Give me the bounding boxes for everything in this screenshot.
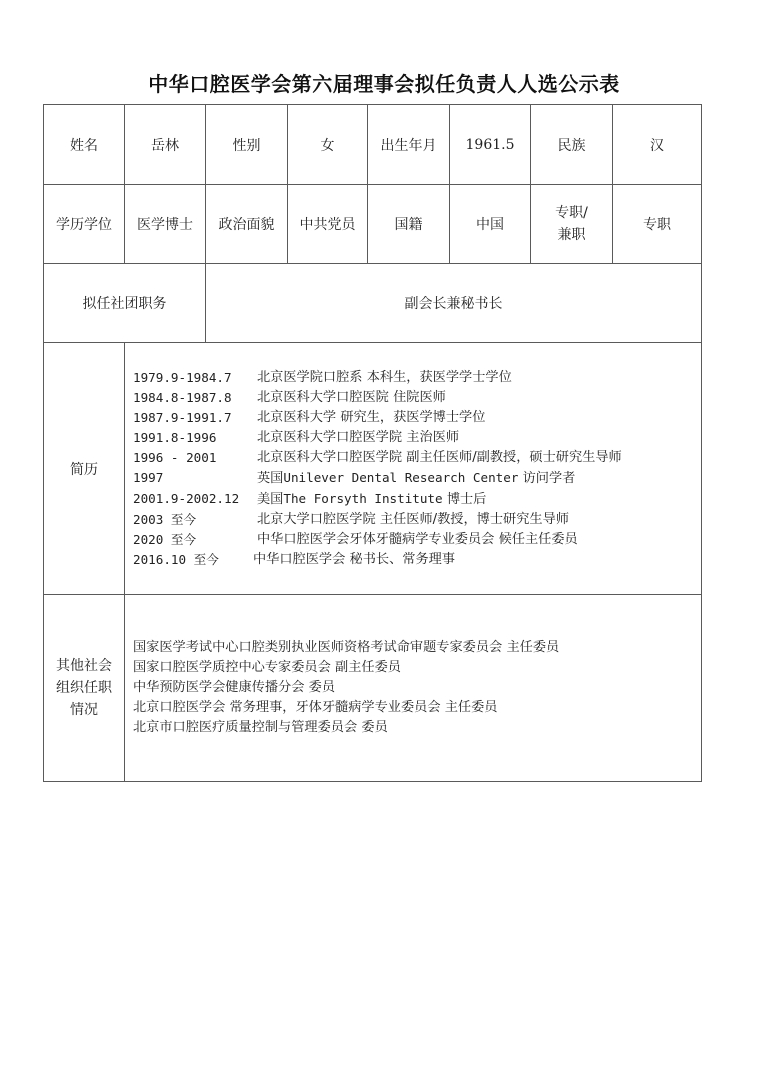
resume-period: 2016.10 至今 [133,550,253,570]
other-orgs-label-line2: 组织任职 [44,677,124,699]
resume-desc: 北京医科大学 研究生，获医学博士学位 [257,408,485,428]
resume-period: 1987.9-1991.7 [133,408,257,428]
table-row-position: 拟任社团职务 副会长兼秘书长 [44,264,702,343]
education-value: 医学博士 [125,185,206,264]
resume-desc-suffix: 访问学者 [523,471,576,486]
resume-desc: 中华口腔医学会 秘书长、常务理事 [253,550,455,570]
resume-cell: 1979.9-1984.7 北京医学院口腔系 本科生，获医学学士学位 1984.… [125,343,702,595]
resume-desc-prefix: 英国 [257,471,283,486]
resume-list: 1979.9-1984.7 北京医学院口腔系 本科生，获医学学士学位 1984.… [133,368,701,570]
resume-entry: 1987.9-1991.7 北京医科大学 研究生，获医学博士学位 [133,408,701,428]
org-entry: 国家医学考试中心口腔类别执业医师资格考试命审题专家委员会 主任委员 [133,638,701,658]
table-row-other-orgs: 其他社会 组织任职 情况 国家医学考试中心口腔类别执业医师资格考试命审题专家委员… [44,595,702,782]
resume-entry: 1984.8-1987.8 北京医科大学口腔医院 住院医师 [133,388,701,408]
position-value: 副会长兼秘书长 [206,264,702,343]
resume-entry: 1997 英国Unilever Dental Research Center 访… [133,468,701,489]
ethnicity-label: 民族 [531,105,613,185]
ethnicity-value: 汉 [613,105,702,185]
resume-entry: 2020 至今 中华口腔医学会牙体牙髓病学专业委员会 候任主任委员 [133,530,701,550]
resume-entry: 1979.9-1984.7 北京医学院口腔系 本科生，获医学学士学位 [133,368,701,388]
resume-period: 2003 至今 [133,510,257,530]
birth-label: 出生年月 [368,105,450,185]
gender-label: 性别 [206,105,288,185]
name-label: 姓名 [44,105,125,185]
table-row-basic-2: 学历学位 医学博士 政治面貌 中共党员 国籍 中国 专职/ 兼职 专职 [44,185,702,264]
employment-label-line2: 兼职 [531,224,612,246]
employment-label-line1: 专职/ [531,202,612,224]
resume-desc: 北京大学口腔医学院 主任医师/教授，博士研究生导师 [257,510,569,530]
resume-period: 1984.8-1987.8 [133,388,257,408]
position-label: 拟任社团职务 [44,264,206,343]
gender-value: 女 [288,105,368,185]
candidate-info-table: 姓名 岳林 性别 女 出生年月 1961.5 民族 汉 学历学位 医学博士 政治… [43,104,702,782]
resume-desc: 中华口腔医学会牙体牙髓病学专业委员会 候任主任委员 [257,530,578,550]
resume-period: 1997 [133,468,257,489]
resume-desc: 北京医科大学口腔医院 住院医师 [257,388,446,408]
org-entry: 中华预防医学会健康传播分会 委员 [133,678,701,698]
employment-value: 专职 [613,185,702,264]
birth-value: 1961.5 [450,105,531,185]
other-orgs-list: 国家医学考试中心口腔类别执业医师资格考试命审题专家委员会 主任委员 国家口腔医学… [133,638,701,738]
resume-desc-prefix: 美国 [257,492,283,507]
org-entry: 北京口腔医学会 常务理事，牙体牙髓病学专业委员会 主任委员 [133,698,701,718]
resume-entry: 1991.8-1996 北京医科大学口腔医学院 主治医师 [133,428,701,448]
resume-period: 2001.9-2002.12 [133,489,257,510]
table-row-resume: 简历 1979.9-1984.7 北京医学院口腔系 本科生，获医学学士学位 19… [44,343,702,595]
page-title: 中华口腔医学会第六届理事会拟任负责人人选公示表 [0,68,768,97]
resume-entry: 2001.9-2002.12 美国The Forsyth Institute 博… [133,489,701,510]
resume-period: 1996 - 2001 [133,448,257,468]
political-label: 政治面貌 [206,185,288,264]
resume-desc-latin: Unilever Dental Research Center [283,470,518,485]
resume-desc: 英国Unilever Dental Research Center 访问学者 [257,468,575,489]
resume-period: 1979.9-1984.7 [133,368,257,388]
resume-desc: 北京医学院口腔系 本科生，获医学学士学位 [257,368,512,388]
resume-desc-latin: The Forsyth Institute [283,491,442,506]
resume-entry: 2003 至今 北京大学口腔医学院 主任医师/教授，博士研究生导师 [133,510,701,530]
org-entry: 国家口腔医学质控中心专家委员会 副主任委员 [133,658,701,678]
resume-period: 1991.8-1996 [133,428,257,448]
resume-desc: 北京医科大学口腔医学院 主治医师 [257,428,459,448]
org-entry: 北京市口腔医疗质量控制与管理委员会 委员 [133,718,701,738]
other-orgs-label-line1: 其他社会 [44,655,124,677]
resume-desc: 美国The Forsyth Institute 博士后 [257,489,486,510]
nationality-label: 国籍 [368,185,450,264]
resume-desc-suffix: 博士后 [447,492,487,507]
other-orgs-label: 其他社会 组织任职 情况 [44,595,125,782]
name-value: 岳林 [125,105,206,185]
other-orgs-label-line3: 情况 [44,699,124,721]
resume-desc: 北京医科大学口腔医学院 副主任医师/副教授，硕士研究生导师 [257,448,622,468]
nationality-value: 中国 [450,185,531,264]
employment-label: 专职/ 兼职 [531,185,613,264]
education-label: 学历学位 [44,185,125,264]
resume-label: 简历 [44,343,125,595]
resume-entry: 2016.10 至今 中华口腔医学会 秘书长、常务理事 [133,550,701,570]
resume-period: 2020 至今 [133,530,257,550]
political-value: 中共党员 [288,185,368,264]
resume-entry: 1996 - 2001 北京医科大学口腔医学院 副主任医师/副教授，硕士研究生导… [133,448,701,468]
other-orgs-cell: 国家医学考试中心口腔类别执业医师资格考试命审题专家委员会 主任委员 国家口腔医学… [125,595,702,782]
table-row-basic-1: 姓名 岳林 性别 女 出生年月 1961.5 民族 汉 [44,105,702,185]
